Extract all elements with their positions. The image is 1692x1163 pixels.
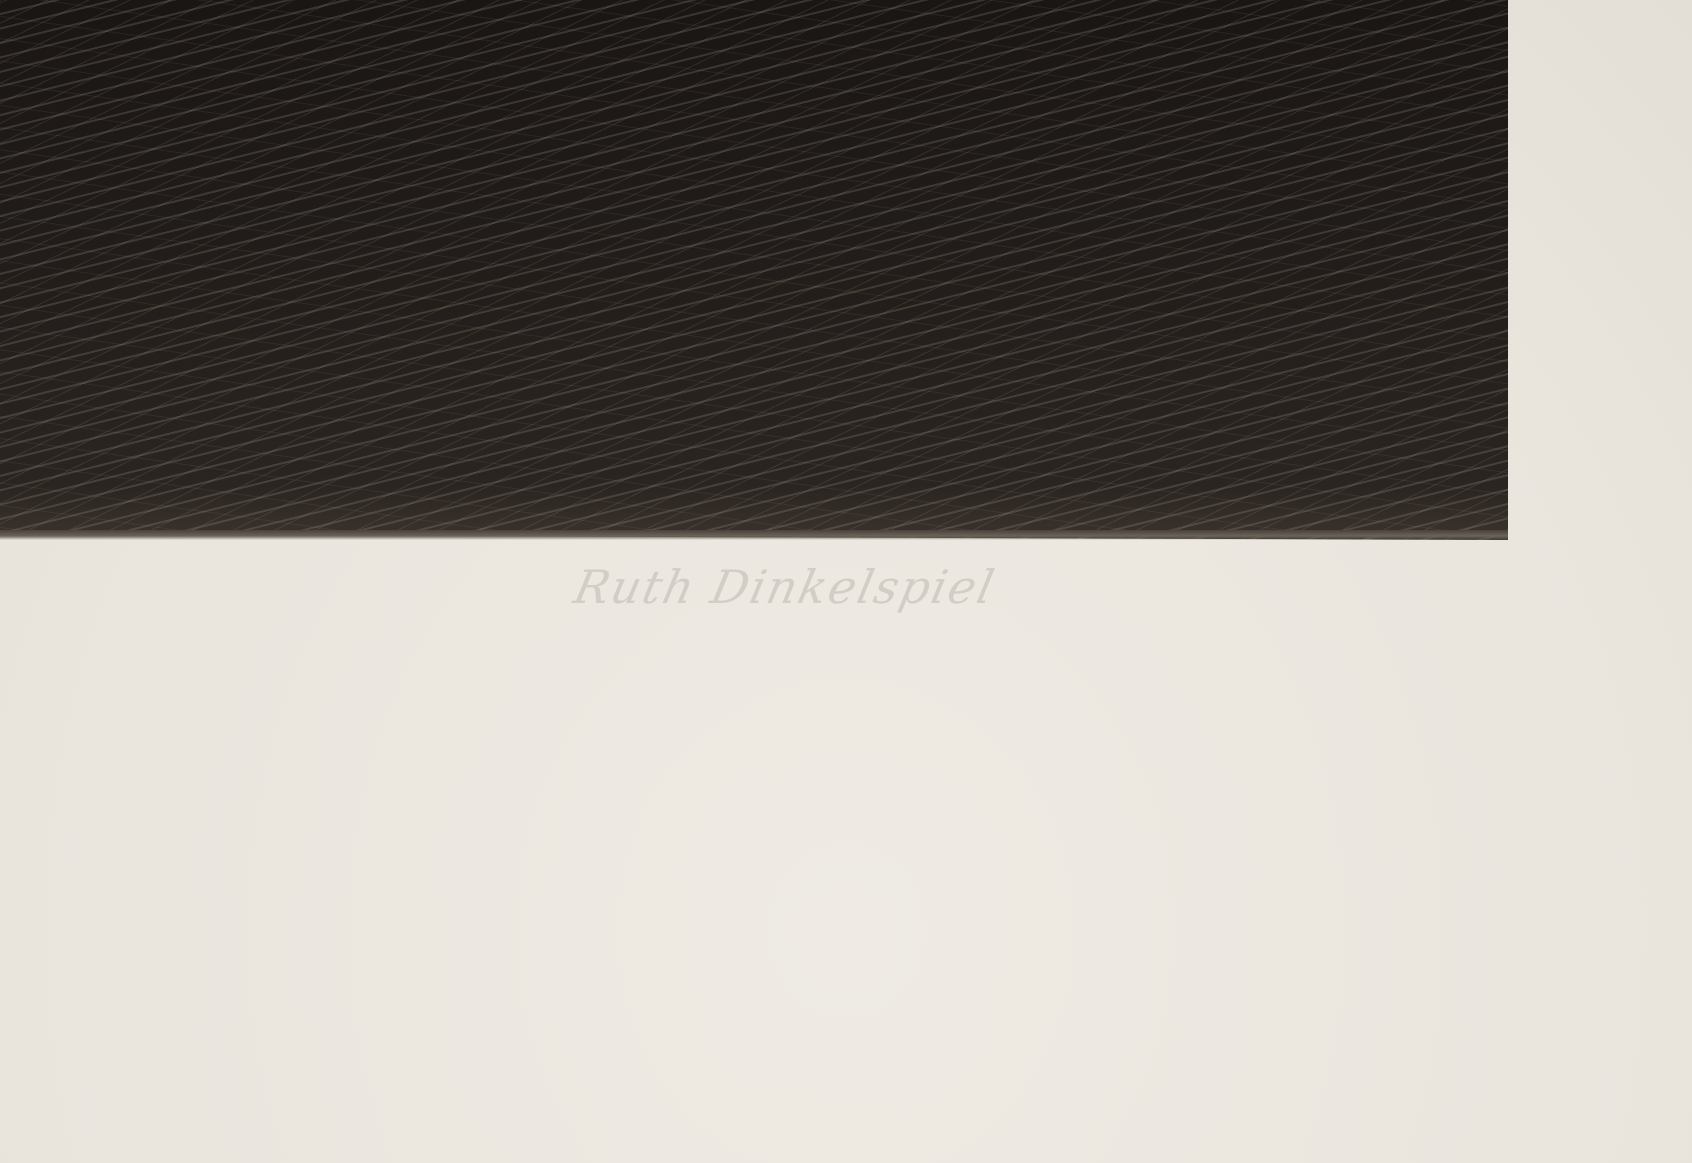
etched-plate-area	[0, 0, 1508, 540]
pencil-signature: Ruth Dinkelspiel	[569, 560, 1000, 614]
plate-edge	[0, 530, 1508, 540]
